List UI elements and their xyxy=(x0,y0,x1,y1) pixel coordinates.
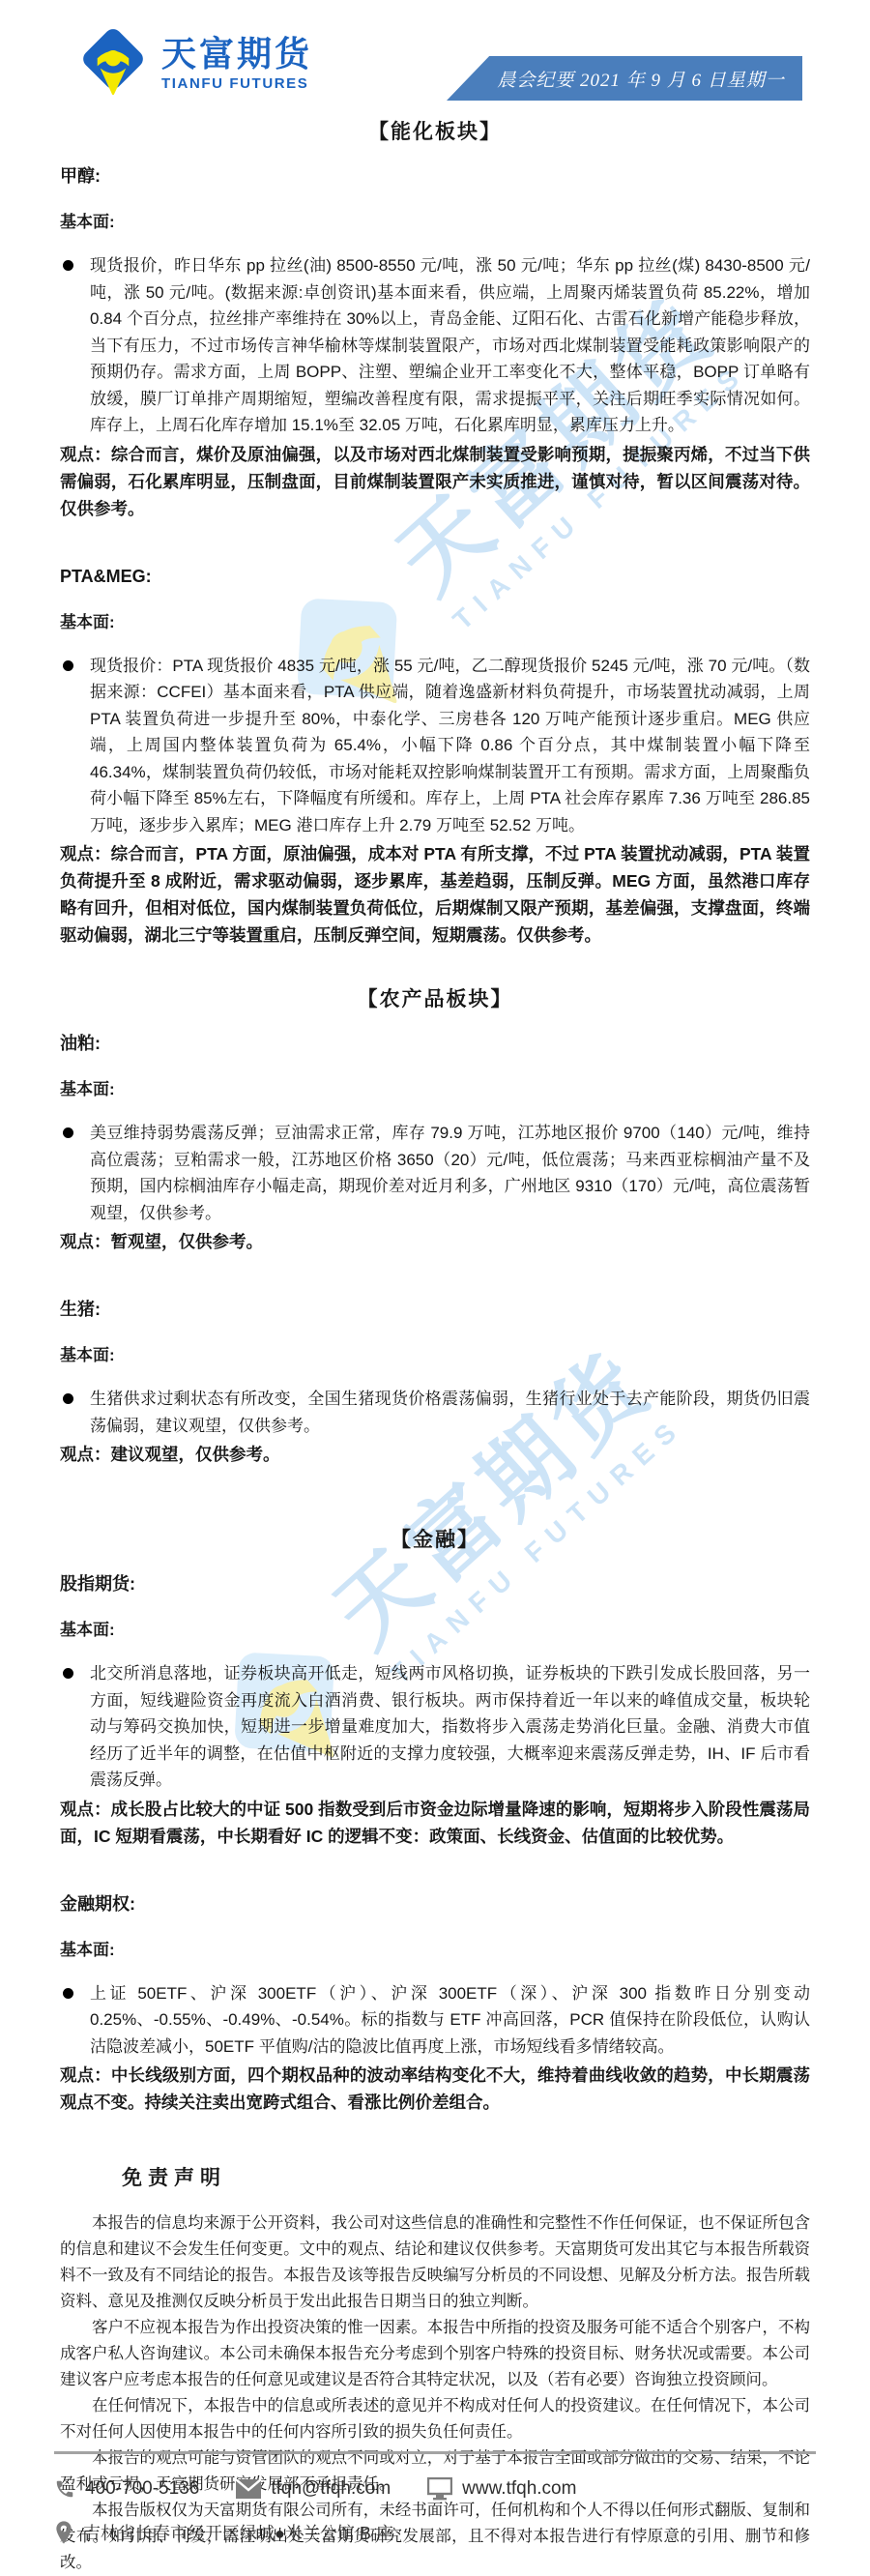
viewpoint-paragraph: 观点：暂观望，仅供参考。 xyxy=(60,1228,810,1255)
block-live-hogs: 生猪: 基本面: 生猪供求过剩状态有所改变，全国生猪现货价格震荡偏弱，生猪行业处… xyxy=(60,1296,810,1468)
report-header: 天富期货 TIANFU FUTURES 晨会纪要 2021 年 9 月 6 日星… xyxy=(0,0,870,101)
bullet-text: 现货报价：PTA 现货报价 4835 元/吨，涨 55 元/吨，乙二醇现货报价 … xyxy=(90,657,810,834)
phone-contact: 400-700-5136 xyxy=(54,2478,199,2500)
viewpoint-paragraph: 观点：成长股占比较大的中证 500 指数受到后市资金边际增量降速的影响，短期将步… xyxy=(60,1796,810,1850)
phone-icon xyxy=(54,2478,75,2500)
report-body: 【能化板块】 甲醇: 基本面: 现货报价，昨日华东 pp 拉丝(油) 8500-… xyxy=(0,116,870,2116)
bullet-dot-icon xyxy=(63,1393,73,1404)
fundamentals-label: 基本面: xyxy=(60,1936,810,1964)
website-contact: www.tfqh.com xyxy=(427,2477,576,2501)
viewpoint-paragraph: 观点：综合而言，PTA 方面，原油偏强，成本对 PTA 有所支撑，不过 PTA … xyxy=(60,840,810,949)
bullet-dot-icon xyxy=(63,1127,73,1138)
company-logo: 天富期货 TIANFU FUTURES xyxy=(77,25,312,101)
block-heading-financial-options: 金融期权: xyxy=(60,1890,810,1918)
website-url: www.tfqh.com xyxy=(462,2478,576,2500)
disclaimer-title: 免责声明 xyxy=(122,2162,810,2191)
fundamentals-label: 基本面: xyxy=(60,608,810,636)
block-financial-options: 金融期权: 基本面: 上证 50ETF、沪深 300ETF（沪）、沪深 300E… xyxy=(60,1890,810,2117)
contact-footer: 400-700-5136 tfqh@tfqh.com www.tfqh.com xyxy=(0,2451,870,2564)
section-title-agriculture: 【农产品板块】 xyxy=(60,983,810,1012)
fundamentals-bullet: 北交所消息落地，证券板块高开低走，短线两市风格切换，证券板块的下跌引发成长股回落… xyxy=(60,1660,810,1794)
block-heading-live-hogs: 生猪: xyxy=(60,1296,810,1324)
contact-row-address: 吉林省长春市经开区绿城●米兰公馆 B 座 xyxy=(0,2520,870,2545)
bullet-text: 美豆维持弱势震荡反弹；豆油需求正常，库存 79.9 万吨，江苏地区报价 9700… xyxy=(90,1124,810,1222)
bullet-dot-icon xyxy=(63,1988,73,1999)
block-heading-oil-meal: 油粕: xyxy=(60,1030,810,1058)
section-title-financial: 【金融】 xyxy=(60,1524,810,1553)
disclaimer-paragraph: 在任何情况下，本报告中的信息或所表述的意见并不构成对任何人的投资建议。在任何情况… xyxy=(60,2393,810,2445)
brand-name-cn: 天富期货 xyxy=(161,34,312,73)
monitor-icon xyxy=(427,2477,452,2501)
bullet-dot-icon xyxy=(63,260,73,271)
block-pta-meg: PTA&MEG: 基本面: 现货报价：PTA 现货报价 4835 元/吨，涨 5… xyxy=(60,563,810,950)
bullet-dot-icon xyxy=(63,1668,73,1679)
fundamentals-bullet: 生猪供求过剩状态有所改变，全国生猪现货价格震荡偏弱，生猪行业处于去产能阶段，期货… xyxy=(60,1386,810,1439)
bullet-text: 北交所消息落地，证券板块高开低走，短线两市风格切换，证券板块的下跌引发成长股回落… xyxy=(90,1664,810,1789)
block-stock-index-futures: 股指期货: 基本面: 北交所消息落地，证券板块高开低走，短线两市风格切换，证券板… xyxy=(60,1570,810,1850)
viewpoint-paragraph: 观点：建议观望，仅供参考。 xyxy=(60,1441,810,1468)
fundamentals-bullet: 现货报价，昨日华东 pp 拉丝(油) 8500-8550 元/吨，涨 50 元/… xyxy=(60,252,810,439)
mail-icon xyxy=(236,2479,261,2499)
bullet-text: 生猪供求过剩状态有所改变，全国生猪现货价格震荡偏弱，生猪行业处于去产能阶段，期货… xyxy=(90,1390,810,1435)
block-heading-stock-index-futures: 股指期货: xyxy=(60,1570,810,1598)
viewpoint-paragraph: 观点：综合而言，煤价及原油偏强，以及市场对西北煤制装置受影响预期，提振聚丙烯，不… xyxy=(60,441,810,522)
fundamentals-label: 基本面: xyxy=(60,1075,810,1103)
fundamentals-bullet: 现货报价：PTA 现货报价 4835 元/吨，涨 55 元/吨，乙二醇现货报价 … xyxy=(60,653,810,839)
footer-divider xyxy=(54,2451,816,2454)
fundamentals-label: 基本面: xyxy=(60,208,810,236)
phone-number: 400-700-5136 xyxy=(85,2478,199,2500)
fundamentals-bullet: 美豆维持弱势震荡反弹；豆油需求正常，库存 79.9 万吨，江苏地区报价 9700… xyxy=(60,1120,810,1226)
email-contact: tfqh@tfqh.com xyxy=(236,2478,391,2500)
block-methanol: 甲醇: 基本面: 现货报价，昨日华东 pp 拉丝(油) 8500-8550 元/… xyxy=(60,162,810,522)
fundamentals-bullet: 上证 50ETF、沪深 300ETF（沪）、沪深 300ETF（深）、沪深 30… xyxy=(60,1980,810,2061)
block-heading-pta-meg: PTA&MEG: xyxy=(60,563,810,591)
fundamentals-label: 基本面: xyxy=(60,1616,810,1644)
bullet-dot-icon xyxy=(63,660,73,671)
report-page: 天富期货 TIANFU FUTURES 天富期货 TIANFU FUTURES … xyxy=(0,0,870,2576)
disclaimer-paragraph: 本报告的信息均来源于公开资料，我公司对这些信息的准确性和完整性不作任何保证，也不… xyxy=(60,2210,810,2315)
viewpoint-paragraph: 观点：中长线级别方面，四个期权品种的波动率结构变化不大，维持着曲线收敛的趋势，中… xyxy=(60,2062,810,2116)
address-text: 吉林省长春市经开区绿城●米兰公馆 B 座 xyxy=(83,2520,393,2545)
bullet-text: 上证 50ETF、沪深 300ETF（沪）、沪深 300ETF（深）、沪深 30… xyxy=(90,1984,810,2056)
block-oil-meal: 油粕: 基本面: 美豆维持弱势震荡反弹；豆油需求正常，库存 79.9 万吨，江苏… xyxy=(60,1030,810,1255)
bullet-text: 现货报价，昨日华东 pp 拉丝(油) 8500-8550 元/吨，涨 50 元/… xyxy=(90,256,810,434)
fundamentals-label: 基本面: xyxy=(60,1341,810,1369)
block-heading-methanol: 甲醇: xyxy=(60,162,810,190)
disclaimer-paragraph: 客户不应视本报告为作出投资决策的惟一因素。本报告中所指的投资及服务可能不适合个别… xyxy=(60,2315,810,2393)
brand-name-en: TIANFU FUTURES xyxy=(161,75,312,92)
location-pin-icon xyxy=(54,2520,73,2545)
tianfu-logo-icon xyxy=(77,25,149,101)
contact-row-primary: 400-700-5136 tfqh@tfqh.com www.tfqh.com xyxy=(0,2477,870,2501)
briefing-date-banner: 晨会纪要 2021 年 9 月 6 日星期一 xyxy=(447,56,802,101)
section-title-energy-chemical: 【能化板块】 xyxy=(60,116,810,145)
address-contact: 吉林省长春市经开区绿城●米兰公馆 B 座 xyxy=(54,2520,393,2545)
email-address: tfqh@tfqh.com xyxy=(271,2478,391,2500)
